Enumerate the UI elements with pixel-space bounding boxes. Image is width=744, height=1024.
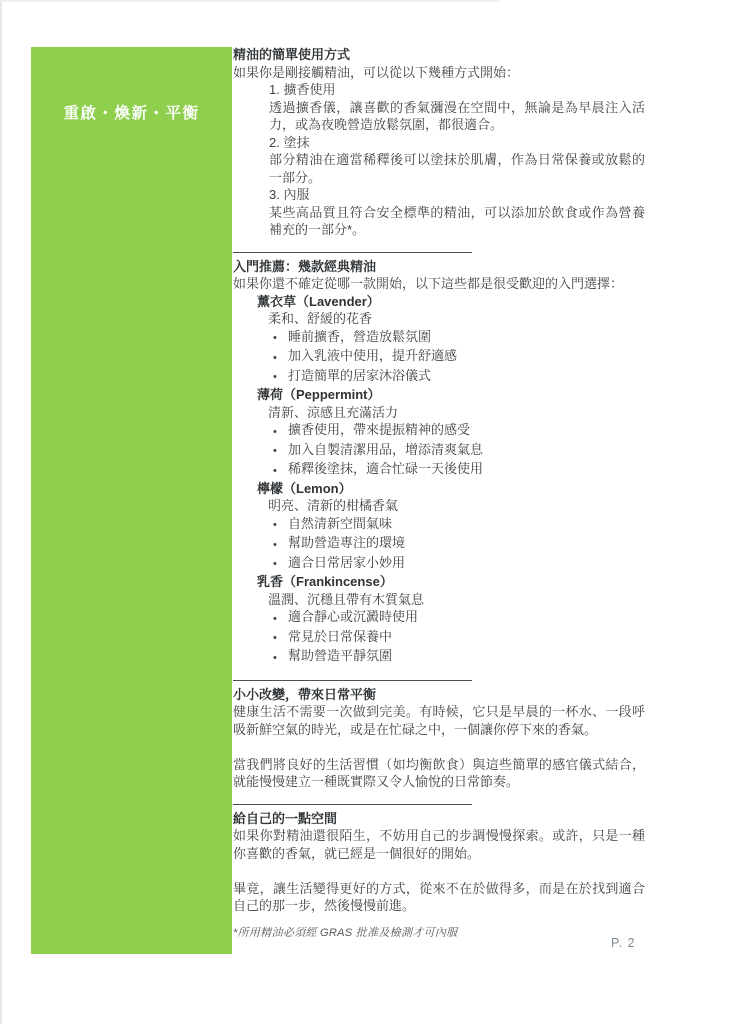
oil-entry-peppermint: 薄荷（Peppermint） 清新、涼感且充滿活力 擴香使用，帶來提振精神的感受… (233, 386, 645, 480)
oil-bullet: 適合日常居家小妙用 (273, 554, 645, 574)
bullet-icon (273, 328, 288, 348)
bullet-icon (273, 515, 288, 535)
bullet-icon (273, 534, 288, 554)
usage-item-desc: 透過擴香儀，讓喜歡的香氣瀰漫在空間中，無論是為早晨注入活力，或為夜晚營造放鬆氛圍… (269, 99, 645, 134)
section-usage-intro: 如果你是剛接觸精油，可以從以下幾種方式開始： (233, 64, 645, 82)
space-paragraph: 如果你對精油還很陌生，不妨用自己的步調慢慢探索。或許，只是一種你喜歡的香氣，就已… (233, 827, 645, 862)
oil-bullet: 加入自製清潔用品，增添清爽氣息 (273, 441, 645, 461)
bullet-icon (273, 647, 288, 667)
section-balance: 小小改變，帶來日常平衡 健康生活不需要一次做到完美。有時候，它只是早晨的一杯水、… (233, 686, 645, 791)
section-usage: 精油的簡單使用方式 如果你是剛接觸精油，可以從以下幾種方式開始： 1. 擴香使用… (233, 46, 645, 239)
bullet-icon (273, 608, 288, 628)
bullet-icon (273, 628, 288, 648)
bullet-icon (273, 367, 288, 387)
oil-entry-lemon: 檸檬（Lemon） 明亮、清新的柑橘香氣 自然清新空間氣味 幫助營造專注的環境 … (233, 480, 645, 574)
oil-tagline: 溫潤、沉穩且帶有木質氣息 (268, 591, 645, 609)
section-space-heading: 給自己的一點空間 (233, 810, 645, 828)
page-left-edge (0, 0, 2, 1024)
oil-bullet-text: 適合靜心或沉澱時使用 (288, 608, 418, 628)
oil-bullet: 擴香使用，帶來提振精神的感受 (273, 421, 645, 441)
space-paragraph: 畢竟，讓生活變得更好的方式，從來不在於做得多，而是在於找到適合自己的那一步，然後… (233, 880, 645, 915)
section-divider (233, 680, 472, 681)
oil-bullet-text: 適合日常居家小妙用 (288, 554, 405, 574)
oil-bullet-text: 睡前擴香，營造放鬆氛圍 (288, 328, 431, 348)
oil-bullet: 打造簡單的居家沐浴儀式 (273, 367, 645, 387)
oil-name: 薰衣草（Lavender） (257, 293, 645, 311)
oil-bullet-text: 幫助營造平靜氛圍 (288, 647, 392, 667)
usage-item-desc: 部分精油在適當稀釋後可以塗抹於肌膚，作為日常保養或放鬆的一部分。 (269, 151, 645, 186)
oil-bullet-text: 加入乳液中使用，提升舒適感 (288, 347, 457, 367)
oil-name: 薄荷（Peppermint） (257, 386, 645, 404)
oil-bullet-text: 稀釋後塗抹，適合忙碌一天後使用 (288, 460, 483, 480)
sidebar-banner: 重啟・煥新・平衡 (31, 47, 232, 954)
oil-entry-frankincense: 乳香（Frankincense） 溫潤、沉穩且帶有木質氣息 適合靜心或沉澱時使用… (233, 573, 645, 667)
oil-tagline: 柔和、舒緩的花香 (268, 310, 645, 328)
oil-bullet: 常見於日常保養中 (273, 628, 645, 648)
section-oils-intro: 如果你還不確定從哪一款開始，以下這些都是很受歡迎的入門選擇： (233, 275, 645, 293)
section-usage-heading: 精油的簡單使用方式 (233, 46, 645, 64)
oil-bullet-text: 常見於日常保養中 (288, 628, 392, 648)
usage-item-label: 2. 塗抹 (269, 134, 645, 152)
oil-tagline: 明亮、清新的柑橘香氣 (268, 497, 645, 515)
balance-paragraph: 當我們將良好的生活習慣（如均衡飲食）與這些簡單的感官儀式結合，就能慢慢建立一種既… (233, 756, 645, 791)
oil-bullet: 自然清新空間氣味 (273, 515, 645, 535)
bullet-icon (273, 421, 288, 441)
oil-bullet: 幫助營造專注的環境 (273, 534, 645, 554)
bullet-icon (273, 347, 288, 367)
page-number: P. 2 (611, 936, 636, 950)
section-oils: 入門推薦：幾款經典精油 如果你還不確定從哪一款開始，以下這些都是很受歡迎的入門選… (233, 258, 645, 667)
section-space: 給自己的一點空間 如果你對精油還很陌生，不妨用自己的步調慢慢探索。或許，只是一種… (233, 810, 645, 915)
balance-paragraph: 健康生活不需要一次做到完美。有時候，它只是早晨的一杯水、一段呼吸新鮮空氣的時光，… (233, 703, 645, 738)
section-oils-heading: 入門推薦：幾款經典精油 (233, 258, 645, 276)
bullet-icon (273, 554, 288, 574)
oil-bullet: 幫助營造平靜氛圍 (273, 647, 645, 667)
oil-bullet-text: 幫助營造專注的環境 (288, 534, 405, 554)
oil-bullet: 睡前擴香，營造放鬆氛圍 (273, 328, 645, 348)
oil-bullet-text: 擴香使用，帶來提振精神的感受 (288, 421, 470, 441)
oil-name: 乳香（Frankincense） (257, 573, 645, 591)
usage-numbered-list: 1. 擴香使用 透過擴香儀，讓喜歡的香氣瀰漫在空間中，無論是為早晨注入活力，或為… (269, 81, 645, 239)
oil-bullet: 稀釋後塗抹，適合忙碌一天後使用 (273, 460, 645, 480)
oil-bullet-text: 打造簡單的居家沐浴儀式 (288, 367, 431, 387)
section-balance-heading: 小小改變，帶來日常平衡 (233, 686, 645, 704)
oil-name: 檸檬（Lemon） (257, 480, 645, 498)
bullet-icon (273, 460, 288, 480)
bullet-icon (273, 441, 288, 461)
sidebar-title: 重啟・煥新・平衡 (31, 101, 232, 123)
usage-item-desc: 某些高品質且符合安全標準的精油，可以添加於飲食或作為營養補充的一部分*。 (269, 204, 645, 239)
oil-bullet-text: 加入自製清潔用品，增添清爽氣息 (288, 441, 483, 461)
page-top-edge (0, 0, 500, 2)
oil-bullet-text: 自然清新空間氣味 (288, 515, 392, 535)
usage-item-label: 1. 擴香使用 (269, 81, 645, 99)
section-divider (233, 804, 472, 805)
document-content: 精油的簡單使用方式 如果你是剛接觸精油，可以從以下幾種方式開始： 1. 擴香使用… (233, 46, 645, 915)
oil-bullet: 適合靜心或沉澱時使用 (273, 608, 645, 628)
oil-tagline: 清新、涼感且充滿活力 (268, 404, 645, 422)
usage-item-label: 3. 內服 (269, 186, 645, 204)
section-divider (233, 252, 472, 253)
oil-entry-lavender: 薰衣草（Lavender） 柔和、舒緩的花香 睡前擴香，營造放鬆氛圍 加入乳液中… (233, 293, 645, 387)
gras-footnote: *所用精油必須經 GRAS 批准及檢測才可內服 (233, 924, 457, 940)
oil-bullet: 加入乳液中使用，提升舒適感 (273, 347, 645, 367)
